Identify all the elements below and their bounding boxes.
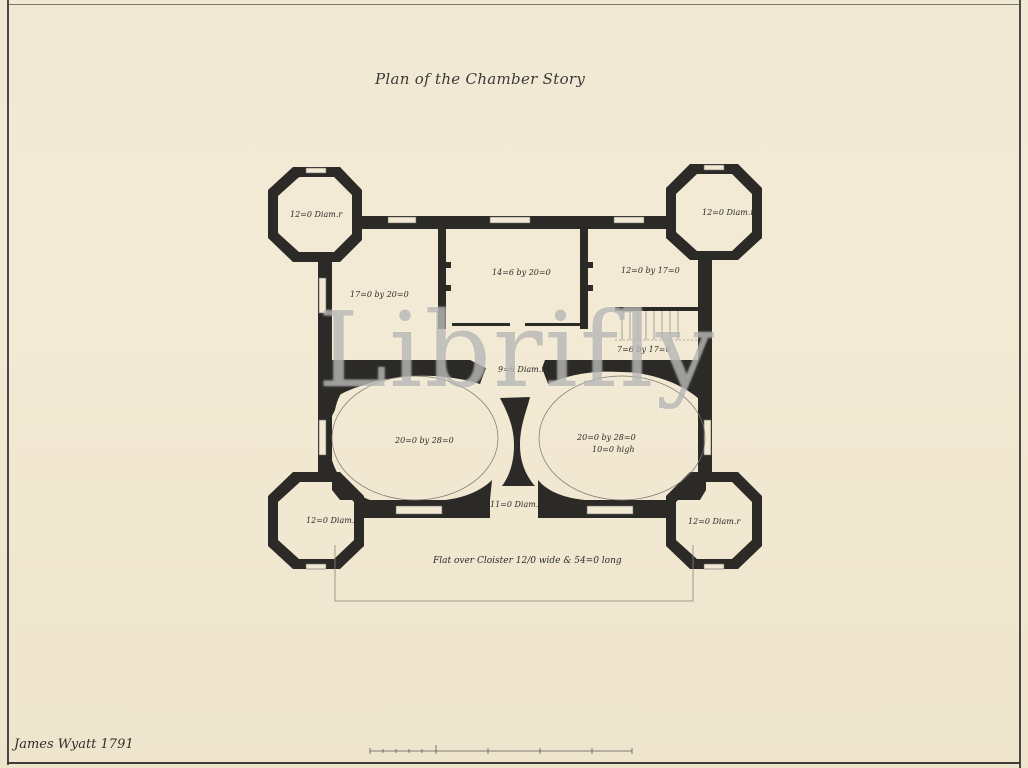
label-stair: 7=6 by 17=0: [617, 345, 671, 354]
label-room-east-upper: 12=0 by 17=0: [621, 266, 680, 275]
niche-west: [445, 480, 492, 500]
partition-west: [438, 229, 446, 329]
oval-west-corner-sw: [332, 460, 370, 500]
window-south-1: [396, 506, 442, 514]
label-room-west-upper: 17=0 by 20=0: [350, 290, 409, 299]
paper-sheet: Plan of the Chamber Story: [0, 0, 1028, 768]
scale-bar: [370, 745, 632, 754]
corridor-wall-west: [452, 323, 510, 326]
label-tower-sw: 12=0 Diam.r: [306, 516, 358, 525]
cross-wall-east: [542, 360, 700, 400]
cross-wall-west: [330, 360, 486, 400]
floor-plan: [0, 0, 1028, 768]
partition-east: [580, 229, 588, 329]
corridor-wall-east: [525, 323, 583, 326]
architect-signature: James Wyatt 1791: [14, 737, 134, 752]
window-north-1: [388, 217, 416, 223]
niche-east: [538, 480, 585, 500]
stair-wall: [615, 307, 700, 311]
central-pier: [500, 397, 535, 486]
label-oval-east-size: 20=0 by 28=0: [577, 433, 636, 442]
label-lobby: 9=6 Diam.r: [498, 365, 545, 374]
cloister-flat-outline: [335, 545, 693, 601]
label-room-center-upper: 14=6 by 20=0: [492, 268, 551, 277]
label-south-niche: 11=0 Diam.r: [490, 500, 542, 509]
label-tower-nw: 12=0 Diam.r: [290, 210, 342, 219]
label-oval-west: 20=0 by 28=0: [395, 436, 454, 445]
window-south-2: [587, 506, 633, 514]
window-west-1: [319, 278, 326, 313]
window-north-3: [614, 217, 644, 223]
window-west-2: [319, 420, 326, 455]
label-oval-east-height: 10=0 high: [592, 445, 635, 454]
label-tower-ne: 12=0 Diam.r: [702, 208, 754, 217]
label-tower-se: 12=0 Diam.r: [688, 517, 740, 526]
label-flat-over-cloister: Flat over Cloister 12/0 wide & 54=0 long: [433, 556, 622, 566]
window-north-2: [490, 217, 530, 223]
